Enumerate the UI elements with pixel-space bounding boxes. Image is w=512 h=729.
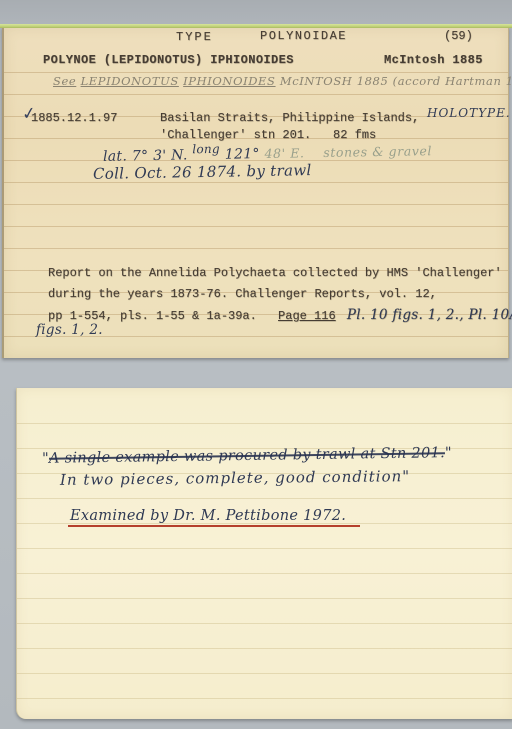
checkmark-icon: ✓ — [21, 103, 38, 125]
reference-line-3: pp 1-554, pls. 1-55 & 1a-39a. Page 116 P… — [48, 305, 512, 327]
synonym-species: IPHIONOIDES — [183, 74, 275, 88]
species-author: McIntosh 1885 — [384, 53, 483, 67]
condition-note: In two pieces, complete, good condition" — [60, 467, 410, 489]
plates-note: Pl. 10 figs. 1, 2., Pl. 10A — [347, 307, 512, 323]
reference-citation: Report on the Annelida Polychaeta collec… — [48, 263, 512, 327]
locality: Basilan Straits, Philippine Islands, — [160, 111, 419, 125]
synonym-see: See — [53, 74, 76, 88]
scanned-catalog-page: TYPE POLYNOIDAE (59) POLYNOE (LEPIDONOTU… — [0, 0, 512, 729]
longitude-minutes: 48' E. — [264, 145, 304, 161]
species-name: POLYNOE (LEPIDONOTUS) IPHIONOIDES — [43, 53, 294, 67]
family-name: POLYNOIDAE — [260, 29, 347, 43]
specimen-card-notes — [16, 388, 512, 719]
plates-note-continued: figs. 1, 2. — [36, 322, 103, 338]
longitude-degrees: 121° — [225, 146, 260, 163]
close-quote: " — [445, 445, 452, 461]
synonym-authority: McINTOSH 1885 (accord Hartman 1959) — [280, 74, 512, 88]
card-edge-stripe — [0, 24, 512, 28]
reference-pages: pp 1-554, pls. 1-55 & 1a-39a. — [48, 309, 257, 323]
registration-number: 1885.12.1.97 — [31, 111, 117, 125]
card-number: (59) — [444, 29, 473, 43]
substrate-note: stones & gravel — [323, 143, 432, 160]
collection-note: Coll. Oct. 26 1874. by trawl — [93, 161, 312, 183]
synonym-genus: LEPIDONOTUS — [81, 74, 179, 88]
reference-line-2: during the years 1873-76. Challenger Rep… — [48, 284, 512, 305]
page-reference: Page 116 — [278, 309, 336, 323]
depth: 82 fms — [333, 128, 376, 142]
latitude: lat. 7° 3' N. — [103, 147, 188, 164]
reference-line-1: Report on the Annelida Polychaeta collec… — [48, 263, 512, 284]
synonym-note: See LEPIDONOTUS IPHIONOIDES McINTOSH 188… — [53, 74, 512, 88]
longitude-label: long — [192, 142, 220, 156]
ruled-lines — [17, 423, 512, 715]
type-status: HOLOTYPE. — [427, 106, 511, 120]
examined-by-note: Examined by Dr. M. Pettibone 1972. — [68, 508, 360, 527]
card-classification-label: TYPE — [176, 30, 213, 44]
station: 'Challenger' stn 201. — [160, 128, 311, 142]
